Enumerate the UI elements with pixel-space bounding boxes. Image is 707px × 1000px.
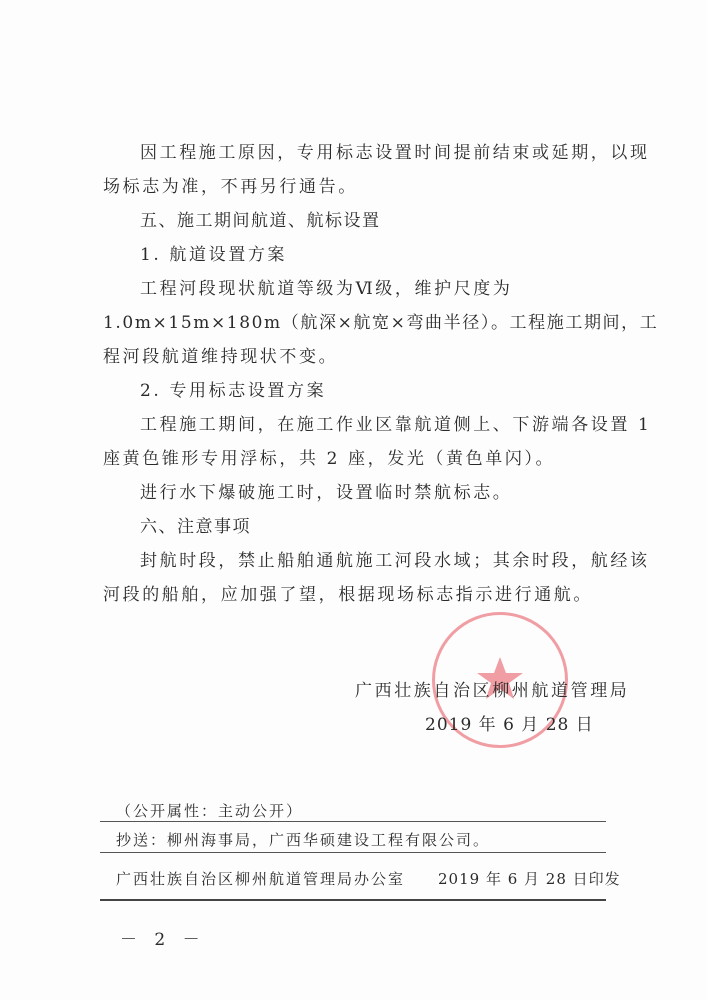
section-heading-5: 五、施工期间航道、航标设置 bbox=[140, 210, 381, 232]
disclosure-attribute: （公开属性：主动公开） bbox=[116, 800, 303, 822]
paragraph-line: 封航时段，禁止船舶通航施工河段水域；其余时段，航经该 bbox=[140, 550, 650, 572]
section-heading-6: 六、注意事项 bbox=[140, 516, 251, 538]
divider bbox=[100, 852, 606, 853]
paragraph-line: 1.0m×15m×180m（航深×航宽×弯曲半径）。工程施工期间，工 bbox=[103, 312, 658, 334]
subsection-heading-2: 2. 专用标志设置方案 bbox=[140, 380, 326, 402]
divider bbox=[100, 899, 606, 901]
paragraph-line: 座黄色锥形专用浮标，共 2 座，发光（黄色单闪）。 bbox=[103, 448, 555, 470]
issuer-name: 广西壮族自治区柳州航道管理局 bbox=[355, 680, 629, 702]
paragraph-line: 场标志为准，不再另行通告。 bbox=[103, 176, 358, 198]
print-date: 2019 年 6 月 28 日印发 bbox=[438, 868, 621, 890]
subsection-heading-1: 1. 航道设置方案 bbox=[140, 244, 287, 266]
issue-date: 2019 年 6 月 28 日 bbox=[425, 714, 594, 736]
paragraph-line: 因工程施工原因，专用标志设置时间提前结束或延期，以现 bbox=[140, 142, 650, 164]
paragraph-line: 程河段航道维持现状不变。 bbox=[103, 346, 338, 368]
paragraph-line: 工程施工期间，在施工作业区靠航道侧上、下游端各设置 1 bbox=[140, 414, 651, 436]
paragraph-line: 河段的船舶，应加强了望，根据现场标志指示进行通航。 bbox=[103, 584, 593, 606]
paragraph-line: 进行水下爆破施工时，设置临时禁航标志。 bbox=[140, 482, 512, 504]
page-number: － 2 － bbox=[120, 925, 206, 950]
print-office: 广西壮族自治区柳州航道管理局办公室 bbox=[116, 868, 405, 890]
paragraph-line: 工程河段现状航道等级为Ⅵ级，维护尺度为 bbox=[140, 278, 513, 300]
cc-line: 抄送：柳州海事局，广西华硕建设工程有限公司。 bbox=[116, 829, 490, 851]
divider bbox=[100, 821, 606, 822]
